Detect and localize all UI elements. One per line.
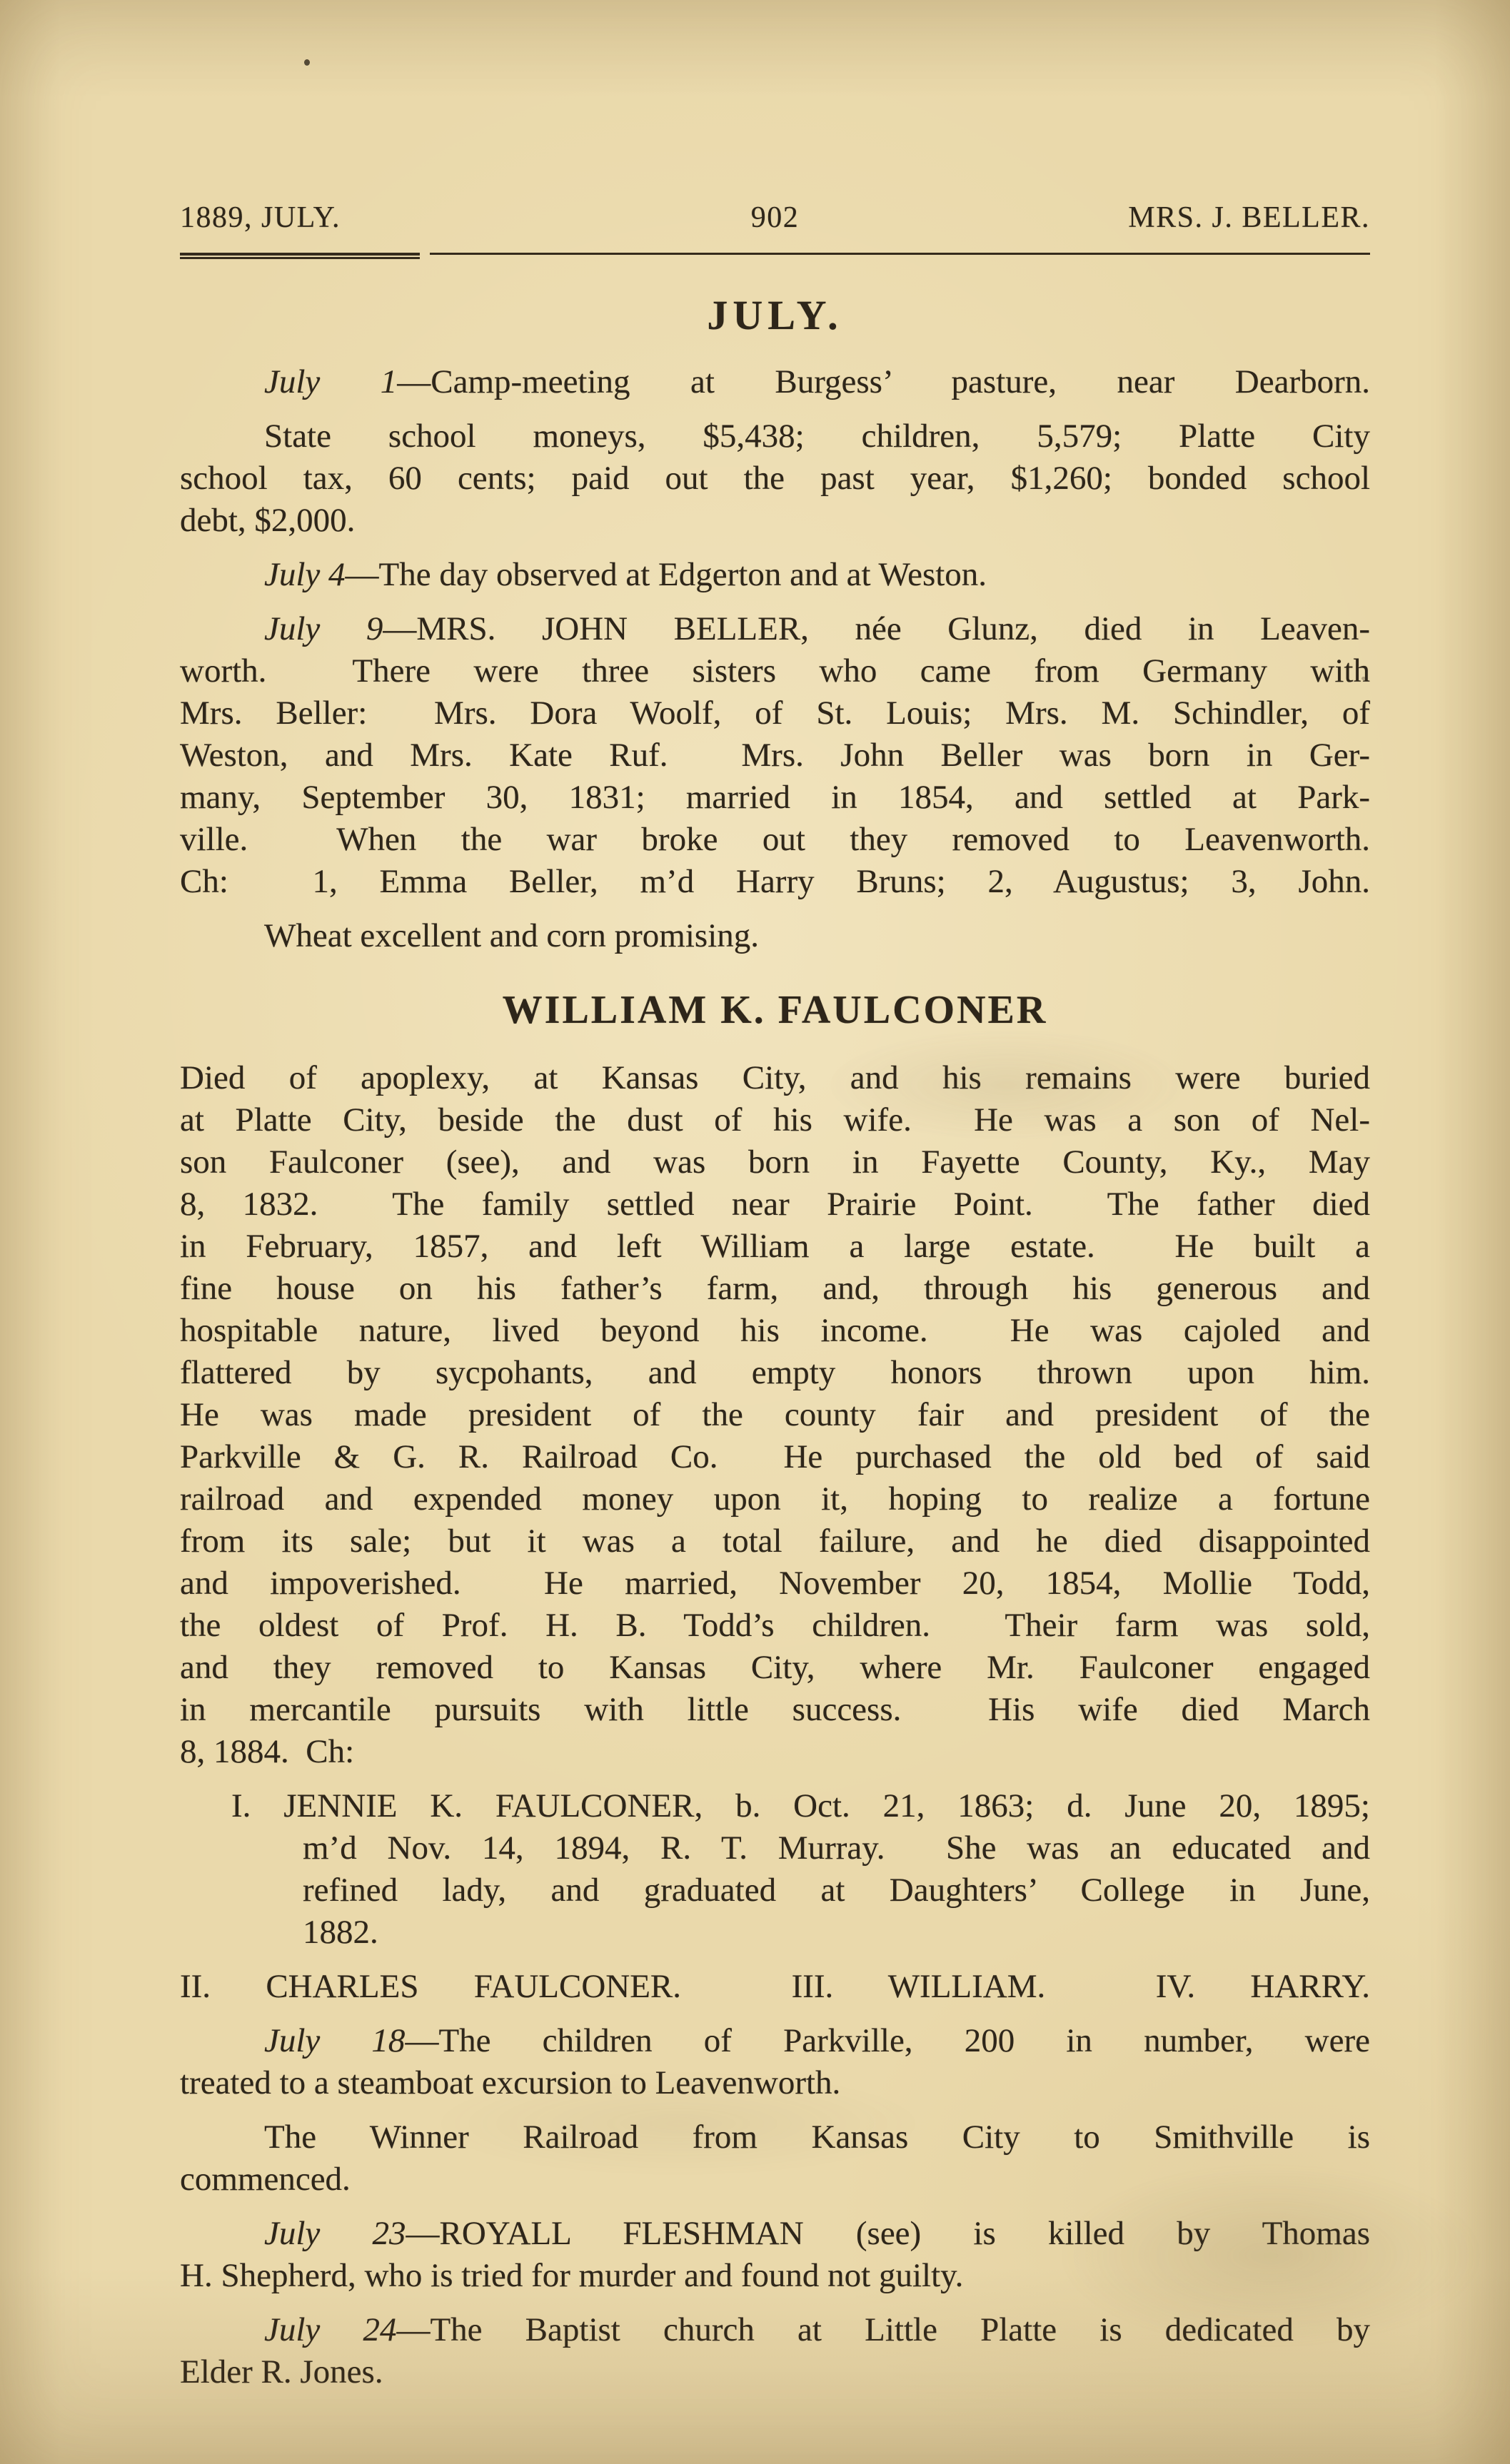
- text-line: He was made president of the county fair…: [180, 1394, 1370, 1436]
- date-lead: July 9: [264, 610, 383, 647]
- date-lead: July 18: [264, 2022, 405, 2059]
- text-line: H. Shepherd, who is tried for murder and…: [180, 2255, 1370, 2297]
- text-line: refined lady, and graduated at Daughters…: [180, 1869, 1370, 1912]
- page-title: JULY.: [180, 293, 1370, 338]
- text-line: from its sale; but it was a total failur…: [180, 1520, 1370, 1562]
- text-line: at Platte City, beside the dust of his w…: [180, 1099, 1370, 1141]
- text-line: son Faulconer (see), and was born in Fay…: [180, 1141, 1370, 1183]
- paragraph-faulconer-biography: Died of apoplexy, at Kansas City, and hi…: [180, 1057, 1370, 1773]
- text-line: July 23—ROYALL FLESHMAN (see) is killed …: [180, 2213, 1370, 2255]
- text-line: Parkville & G. R. Railroad Co. He purcha…: [180, 1436, 1370, 1478]
- entry-july-23: July 23—ROYALL FLESHMAN (see) is killed …: [180, 2213, 1370, 2297]
- text-line: July 18—The children of Parkville, 200 i…: [180, 2020, 1370, 2062]
- text-line: The Winner Railroad from Kansas City to …: [180, 2116, 1370, 2158]
- header-page-number: 902: [751, 201, 800, 234]
- paragraph-winner-railroad: The Winner Railroad from Kansas City to …: [180, 2116, 1370, 2201]
- text-line: commenced.: [180, 2158, 1370, 2201]
- paragraph-crops: Wheat excellent and corn promising.: [180, 915, 1370, 957]
- text-line: State school moneys, $5,438; children, 5…: [180, 415, 1370, 458]
- entry-july-18: July 18—The children of Parkville, 200 i…: [180, 2020, 1370, 2104]
- text-line: the oldest of Prof. H. B. Todd’s childre…: [180, 1605, 1370, 1647]
- text-line: railroad and expended money upon it, hop…: [180, 1478, 1370, 1520]
- running-header: 1889, JULY. 902 MRS. J. BELLER.: [180, 201, 1370, 234]
- text-line: ville. When the war broke out they remov…: [180, 819, 1370, 861]
- header-person-name: MRS. J. BELLER.: [799, 201, 1370, 234]
- text-line: flattered by sycpohants, and empty honor…: [180, 1352, 1370, 1394]
- text-line: 1882.: [180, 1912, 1370, 1954]
- text-line: July 24—The Baptist church at Little Pla…: [180, 2309, 1370, 2351]
- header-rule-right-segment: [430, 253, 1370, 255]
- text-line: Weston, and Mrs. Kate Ruf. Mrs. John Bel…: [180, 734, 1370, 777]
- date-lead: July 23: [264, 2215, 406, 2252]
- entry-july-4: July 4—The day observed at Edgerton and …: [180, 554, 1370, 596]
- text-line: many, September 30, 1831; married in 185…: [180, 777, 1370, 819]
- section-heading-faulconer: WILLIAM K. FAULCONER: [180, 987, 1370, 1033]
- text-line: treated to a steamboat excursion to Leav…: [180, 2062, 1370, 2104]
- entry-july-9: July 9—MRS. JOHN BELLER, née Glunz, died…: [180, 608, 1370, 903]
- paper-speck: [304, 59, 310, 66]
- text-line: hospitable nature, lived beyond his inco…: [180, 1310, 1370, 1352]
- text-line: II. CHARLES FAULCONER. III. WILLIAM. IV.…: [180, 1966, 1370, 2008]
- date-lead: July 24: [264, 2311, 396, 2348]
- text-line: school tax, 60 cents; paid out the past …: [180, 458, 1370, 500]
- text-line: July 9—MRS. JOHN BELLER, née Glunz, died…: [180, 608, 1370, 650]
- date-lead: July 1: [264, 363, 397, 400]
- header-rule: [180, 253, 1370, 261]
- text-line: Ch: 1, Emma Beller, m’d Harry Bruns; 2, …: [180, 861, 1370, 903]
- text-line: debt, $2,000.: [180, 500, 1370, 542]
- text-line: Wheat excellent and corn promising.: [180, 915, 1370, 957]
- text-line: Elder R. Jones.: [180, 2351, 1370, 2393]
- list-item-charles-william-harry: II. CHARLES FAULCONER. III. WILLIAM. IV.…: [180, 1966, 1370, 2008]
- text-line: 8, 1832. The family settled near Prairie…: [180, 1183, 1370, 1226]
- text-line: fine house on his father’s farm, and, th…: [180, 1268, 1370, 1310]
- text-line: July 1—Camp-meeting at Burgess’ pasture,…: [180, 361, 1370, 403]
- text-line: July 4—The day observed at Edgerton and …: [180, 554, 1370, 596]
- text-line: m’d Nov. 14, 1894, R. T. Murray. She was…: [180, 1827, 1370, 1869]
- page-body: July 1—Camp-meeting at Burgess’ pasture,…: [180, 361, 1370, 2393]
- text-line: Died of apoplexy, at Kansas City, and hi…: [180, 1057, 1370, 1099]
- text-line: in February, 1857, and left William a la…: [180, 1226, 1370, 1268]
- text-line: in mercantile pursuits with little succe…: [180, 1689, 1370, 1731]
- text-line: Mrs. Beller: Mrs. Dora Woolf, of St. Lou…: [180, 692, 1370, 734]
- text-line: worth. There were three sisters who came…: [180, 650, 1370, 692]
- scanned-book-page: 1889, JULY. 902 MRS. J. BELLER. JULY. Ju…: [0, 0, 1510, 2464]
- date-lead: July 4: [264, 556, 346, 593]
- entry-july-1: July 1—Camp-meeting at Burgess’ pasture,…: [180, 361, 1370, 403]
- paragraph-school-moneys: State school moneys, $5,438; children, 5…: [180, 415, 1370, 542]
- entry-july-24: July 24—The Baptist church at Little Pla…: [180, 2309, 1370, 2393]
- text-line: and they removed to Kansas City, where M…: [180, 1647, 1370, 1689]
- text-line: I. JENNIE K. FAULCONER, b. Oct. 21, 1863…: [180, 1785, 1370, 1827]
- list-item-jennie-faulconer: I. JENNIE K. FAULCONER, b. Oct. 21, 1863…: [180, 1785, 1370, 1954]
- header-rule-left-segment: [180, 253, 420, 259]
- text-line: and impoverished. He married, November 2…: [180, 1562, 1370, 1605]
- text-line: 8, 1884. Ch:: [180, 1731, 1370, 1773]
- header-date: 1889, JULY.: [180, 201, 751, 234]
